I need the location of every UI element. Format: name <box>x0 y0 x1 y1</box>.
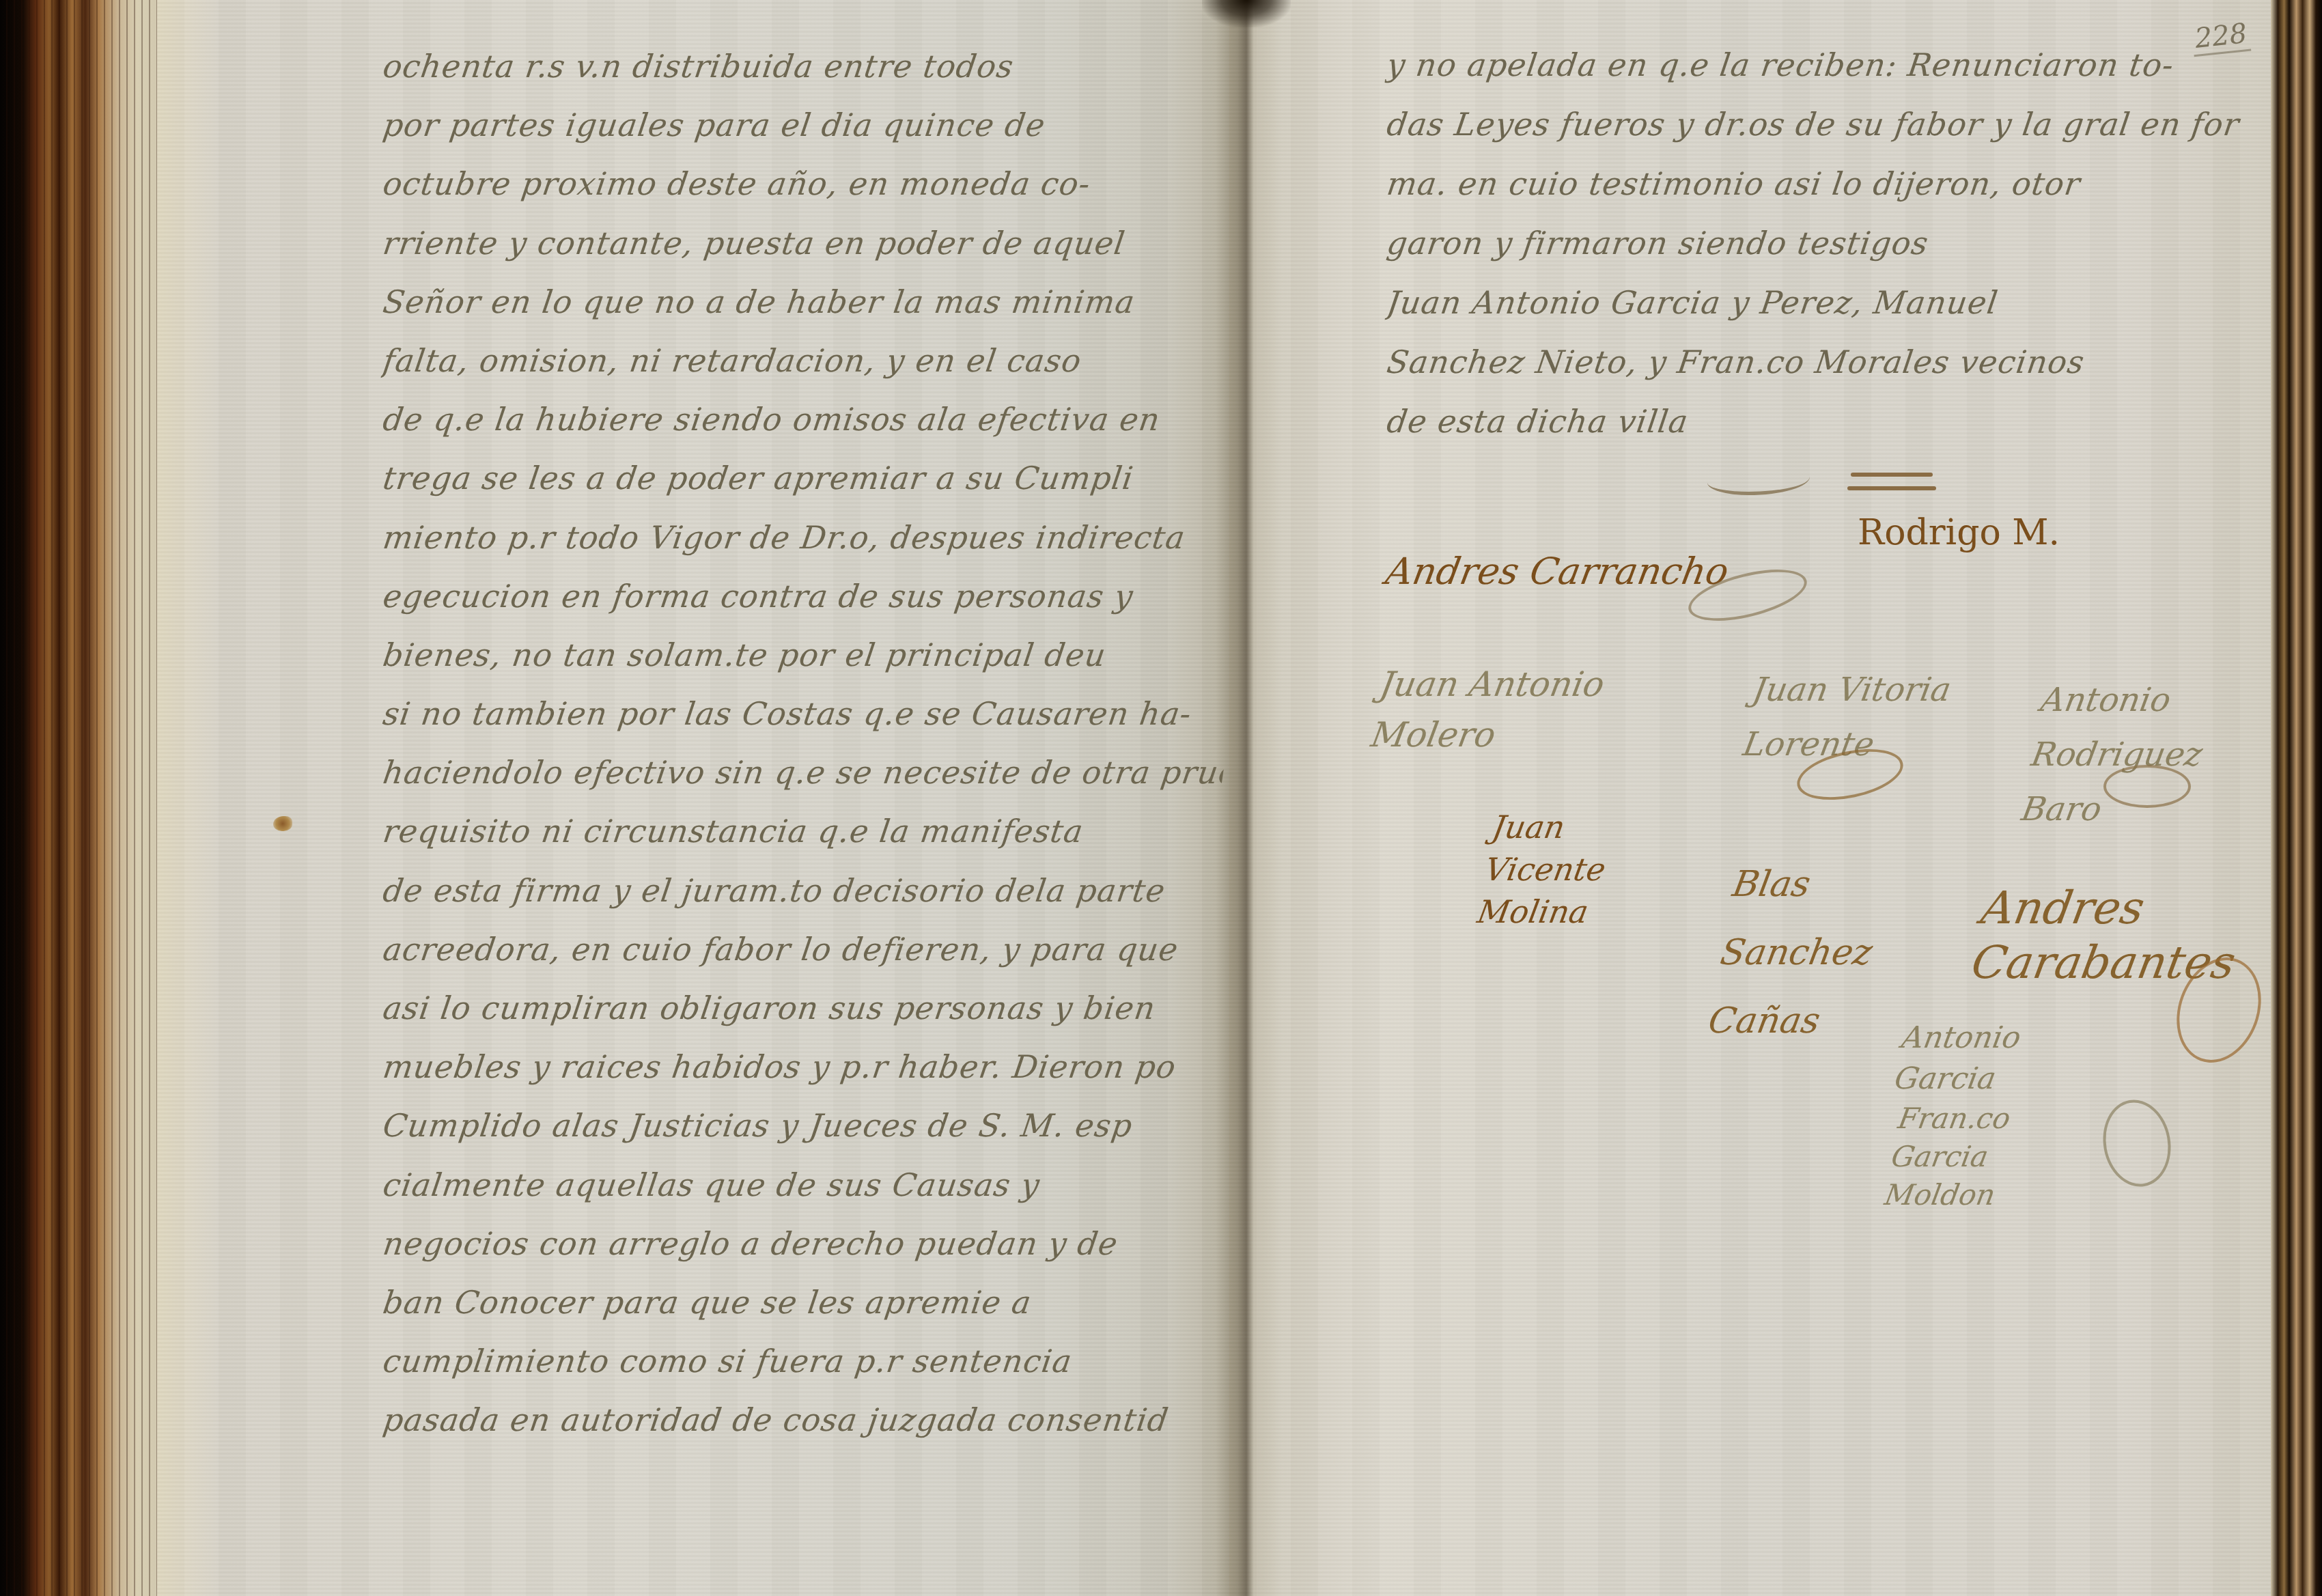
text-line: si no tambien por las Costas q.e se Caus… <box>378 690 1227 748</box>
text-line: de esta dicha villa <box>1382 397 2271 457</box>
signature-francisco-garcia-moldon: Fran.co Garcia Moldon <box>1882 1100 2107 1214</box>
text-line: Sanchez Nieto, y Fran.co Morales vecinos <box>1382 338 2271 397</box>
text-line: Cumplido alas Justicias y Jueces de S. M… <box>378 1102 1227 1160</box>
double-rule-bottom <box>1847 486 1936 490</box>
signature-rodrigo: Rodrigo M. <box>1858 512 2060 553</box>
text-line: haciendolo efectivo sin q.e se necesite … <box>378 748 1227 807</box>
text-line: ma. en cuio testimonio asi lo dijeron, o… <box>1382 160 2271 219</box>
text-line: ochenta r.s v.n distribuida entre todos <box>378 42 1227 101</box>
text-line: asi lo cumpliran obligaron sus personas … <box>378 984 1227 1043</box>
right-fore-edge <box>2271 0 2322 1596</box>
text-line: muebles y raices habidos y p.r haber. Di… <box>378 1043 1227 1102</box>
text-line: ban Conocer para que se les apremie a <box>378 1278 1227 1337</box>
text-line: por partes iguales para el dia quince de <box>378 101 1227 160</box>
double-rule-top <box>1851 473 1933 477</box>
text-line: octubre proximo deste año, en moneda co- <box>378 160 1227 219</box>
text-line: bienes, no tan solam.te por el principal… <box>378 631 1227 690</box>
signature-rubric <box>2103 765 2191 808</box>
text-line: falta, omision, ni retardacion, y en el … <box>378 337 1227 395</box>
signature-andres-carrancho: Andres Carrancho <box>1382 550 1732 593</box>
text-line: Señor en lo que no a de haber la mas min… <box>378 278 1227 337</box>
text-line: garon y firmaron siendo testigos <box>1382 219 2271 279</box>
text-line: de esta firma y el juram.to decisorio de… <box>378 867 1227 925</box>
text-line: rriente y contante, puesta en poder de a… <box>378 219 1227 278</box>
text-line: y no apelada en q.e la reciben: Renuncia… <box>1382 41 2271 100</box>
left-page-text: ochenta r.s v.n distribuida entre todos … <box>382 42 1222 1455</box>
text-line: de q.e la hubiere siendo omisos ala efec… <box>378 395 1227 454</box>
left-fore-edge <box>0 0 164 1596</box>
signature-juan-antonio-molero: Juan Antonio Molero <box>1367 659 1617 760</box>
signature-juan-vicente-molina: Juan Vicente Molina <box>1474 806 1675 933</box>
spine-gutter <box>1216 0 1277 1596</box>
signature-antonio-garcia: Antonio Garcia <box>1891 1018 2097 1100</box>
text-line: cumplimiento como si fuera p.r sentencia <box>378 1337 1227 1396</box>
text-line: Juan Antonio Garcia y Perez, Manuel <box>1382 279 2271 338</box>
text-line: egecucion en forma contra de sus persona… <box>378 572 1227 631</box>
text-line: pasada en autoridad de cosa juzgada cons… <box>378 1396 1227 1455</box>
right-page-text: y no apelada en q.e la reciben: Renuncia… <box>1386 41 2267 457</box>
text-line: requisito ni circunstancia q.e la manife… <box>378 807 1227 866</box>
text-line: cialmente aquellas que de sus Causas y <box>378 1161 1227 1220</box>
text-line: negocios con arreglo a derecho puedan y … <box>378 1220 1227 1278</box>
open-manuscript: ochenta r.s v.n distribuida entre todos … <box>0 0 2322 1596</box>
spine-shadow <box>1202 0 1291 27</box>
signature-antonio-rodriguez-baro: Antonio Rodriguez Baro <box>2017 673 2265 837</box>
ink-blot <box>273 816 292 831</box>
text-line: miento p.r todo Vigor de Dr.o, despues i… <box>378 514 1227 572</box>
text-line: das Leyes fueros y dr.os de su fabor y l… <box>1382 100 2271 160</box>
text-line: acreedora, en cuio fabor lo defieren, y … <box>378 925 1227 984</box>
text-line: trega se les a de poder apremiar a su Cu… <box>378 454 1227 513</box>
